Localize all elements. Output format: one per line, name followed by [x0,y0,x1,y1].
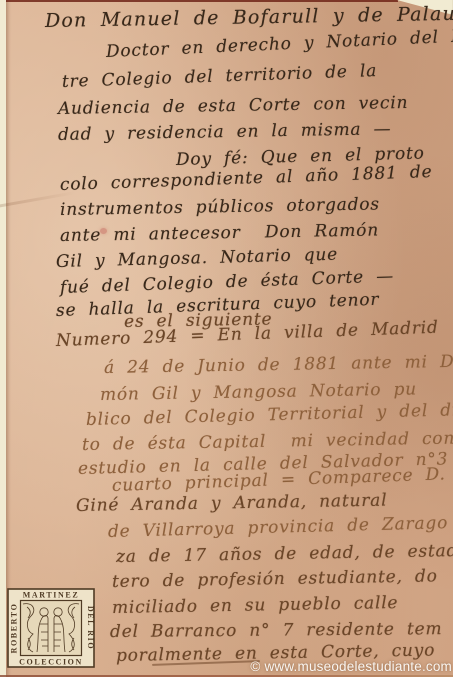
page-left-edge [0,0,6,677]
manuscript-page: Don Manuel de Bofarull y de Palau Doctor… [0,0,453,677]
handwritten-line: instrumentos públicos otorgados [60,194,380,220]
handwritten-line: dad y residencia en la misma — [58,119,392,145]
handwritten-line: Don Manuel de Bofarull y de Palau [45,3,453,32]
stamp-label-left: ROBERTO [10,603,19,654]
page-top-edge-line [6,0,398,2]
stamp-label-top: MARTINEZ [23,591,80,600]
handwritten-line: za de 17 años de edad, de estado sol [116,540,453,567]
handwritten-line: Giné Aranda y Aranda, natural [76,491,388,516]
handwritten-line: miciliado en su pueblo calle [112,593,399,618]
handwritten-line: món Gil y Mangosa Notario pu [100,379,417,405]
website-watermark: © www.museodelestudiante.com [250,659,452,674]
handwritten-line: tero de profesión estudiante, do [112,566,438,592]
handwritten-line: Gil y Mangosa. Notario que [56,245,339,272]
stamp-label-bottom: COLECCION [19,658,83,667]
handwritten-line: Audiencia de esta Corte con vecin [58,93,409,119]
collection-stamp: MARTINEZ COLECCION ROBERTO DEL RIO [7,588,95,668]
handwritten-line: ante mi antecesor Don Ramón [60,220,379,246]
handwritten-line: Doctor en derecho y Notario del Ilus- [106,25,453,62]
handwritten-line: á 24 de Junio de 1881 ante mi Don Ra [104,351,453,378]
stamp-label-right: DEL RIO [86,606,95,650]
handwritten-line: tre Colegio del territorio de la [62,61,378,92]
handwritten-line: de Villarroya provincia de Zarago [108,513,449,542]
handwritten-line: del Barranco n° 7 residente tem [110,619,442,642]
